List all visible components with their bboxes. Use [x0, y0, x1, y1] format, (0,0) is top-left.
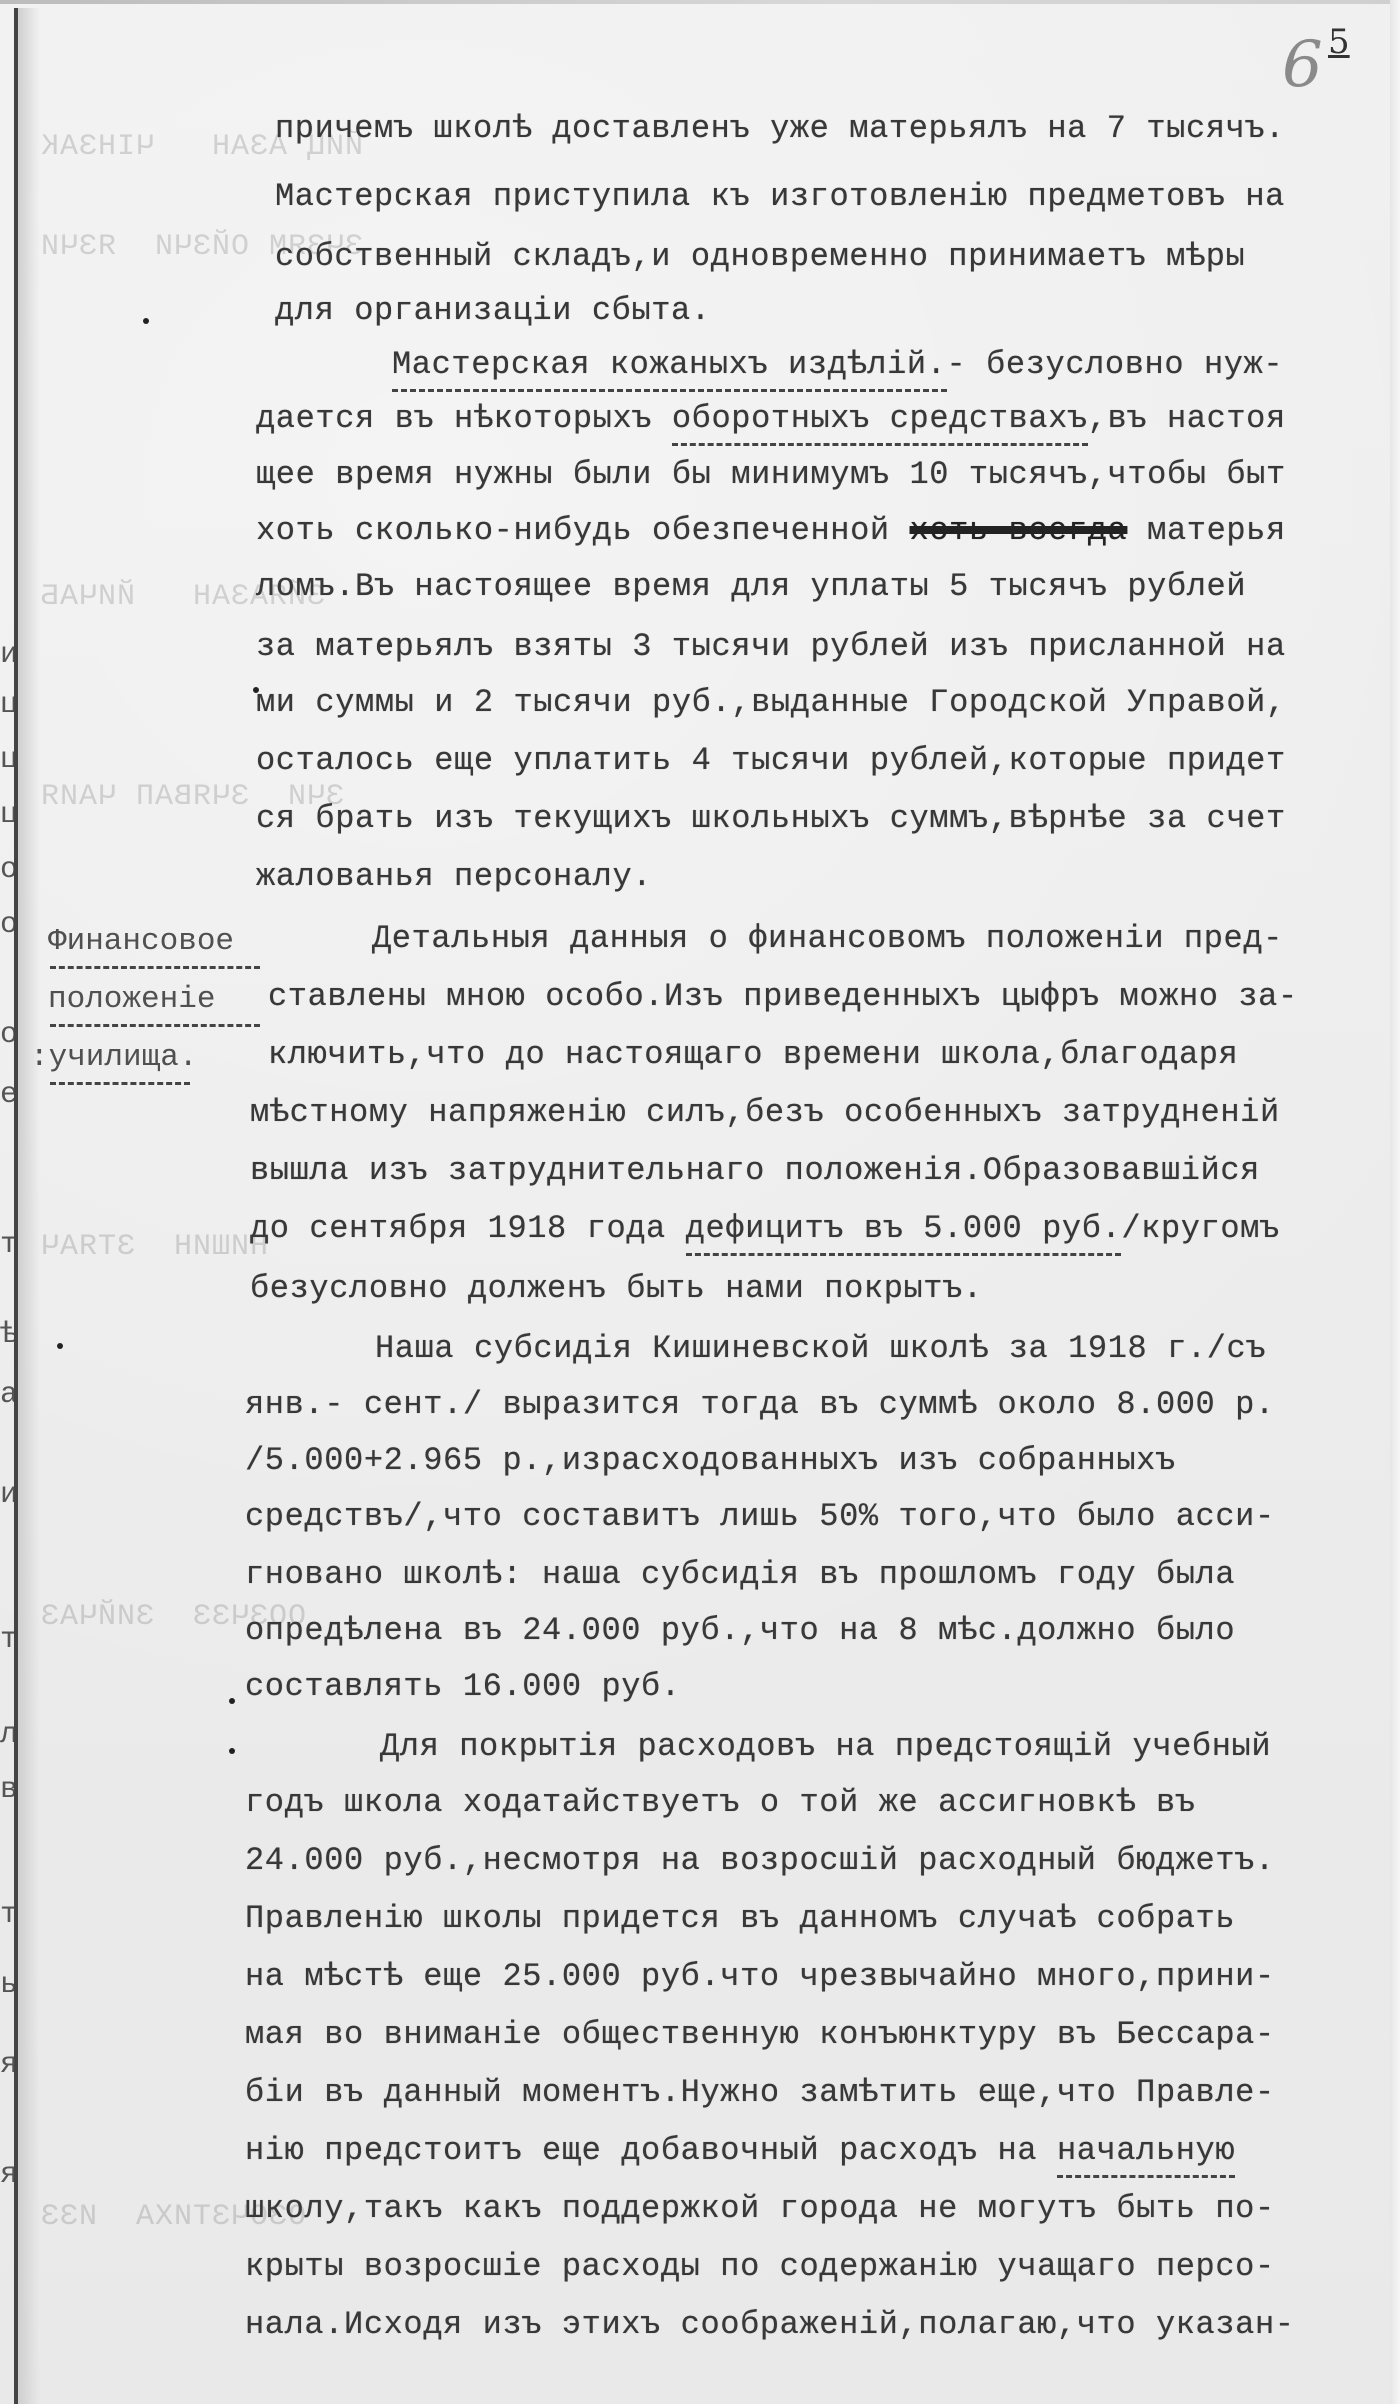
- text-line: опредѣлена въ 24.000 руб.,что на 8 мѣс.д…: [245, 1612, 1235, 1649]
- text-line: ключить,что до настоящаго времени школа,…: [268, 1036, 1238, 1073]
- text-line: собственный складъ,и одновременно приним…: [275, 238, 1245, 275]
- text-line: безусловно долженъ быть нами покрытъ.: [250, 1270, 983, 1307]
- gutter-fragment: о: [0, 910, 14, 940]
- gutter-fragment: т: [0, 1230, 14, 1260]
- text-line: средствъ/,что составитъ лишь 50% того,чт…: [245, 1498, 1275, 1535]
- text-line: ми суммы и 2 тысячи руб.,выданные Городс…: [256, 684, 1286, 721]
- gutter-fragment: я: [0, 2050, 14, 2080]
- underlined-phrase: дефицитъ въ 5.000 руб.: [686, 1210, 1122, 1256]
- underlined-phrase: начальную: [1057, 2132, 1235, 2178]
- gutter-fragment: я: [0, 2160, 14, 2190]
- page-right-edge: [1390, 0, 1400, 2404]
- text-line: до сентября 1918 года дефицитъ въ 5.000 …: [250, 1210, 1280, 1247]
- gutter-fragment: ц: [0, 690, 14, 720]
- scanned-page: и ц ц ц о о о е т ѣ а и т л в т ь я я ЙИ…: [0, 0, 1400, 2404]
- text-line: Мастерская кожаныхъ издѣлій.- безусловно…: [392, 346, 1283, 383]
- margin-note-line-2: положеніе: [48, 982, 215, 1017]
- margin-dot: [229, 1748, 235, 1754]
- text-line: причемъ школѣ доставленъ уже матерьялъ н…: [275, 110, 1285, 147]
- page-top-edge: [0, 0, 1400, 4]
- margin-note-underline: [50, 1024, 260, 1027]
- text-line: на мѣстѣ еще 25.000 руб.что чрезвычайно …: [245, 1958, 1275, 1995]
- underlined-phrase: оборотныхъ средствахъ: [672, 400, 1088, 446]
- underlined-heading: Мастерская кожаныхъ издѣлій.: [392, 346, 947, 392]
- gutter-fragment: в: [0, 1775, 14, 1805]
- text-line: нію предстоитъ еще добавочный расходъ на…: [245, 2132, 1235, 2169]
- page-number-suffix: 5: [1328, 22, 1350, 62]
- text-line: жалованья персоналу.: [256, 858, 652, 895]
- text-line: для организаціи сбыта.: [275, 292, 711, 329]
- text-line: ломъ.Въ настоящее время для уплаты 5 тыс…: [256, 568, 1246, 605]
- gutter-fragment: л: [0, 1720, 14, 1750]
- text-line: нала.Исходя изъ этихъ соображеній,полага…: [245, 2306, 1295, 2343]
- text-line: гновано школѣ: наша субсидія въ прошломъ…: [245, 1556, 1235, 1593]
- struck-out-text: хоть всегда: [910, 512, 1128, 549]
- text-line: ся брать изъ текущихъ школьныхъ суммъ,вѣ…: [256, 800, 1286, 837]
- gutter-fragment: о: [0, 855, 14, 885]
- gutter-fragment: о: [0, 1020, 14, 1050]
- text-line: Для покрытія расходовъ на предстоящій уч…: [380, 1728, 1271, 1765]
- text-line: составлять 16.000 руб.: [245, 1668, 681, 1705]
- text-line: за матерьялъ взяты 3 тысячи рублей изъ п…: [256, 628, 1286, 665]
- text-line: дается въ нѣкоторыхъ оборотныхъ средства…: [256, 400, 1286, 437]
- margin-dot: [57, 1343, 63, 1349]
- text-line: годъ школа ходатайствуетъ о той же ассиг…: [245, 1784, 1196, 1821]
- text-line: мая во вниманіе общественную конъюнктуру…: [245, 2016, 1275, 2053]
- text-line: біи въ данный моментъ.Нужно замѣтить еще…: [245, 2074, 1275, 2111]
- margin-note-line-1: Финансовое: [48, 924, 234, 959]
- gutter-fragment: ь: [0, 1970, 14, 2000]
- text-line: школу,такъ какъ поддержкой города не мог…: [245, 2190, 1275, 2227]
- gutter-fragment: е: [0, 1080, 14, 1110]
- page-number: 6: [1282, 28, 1323, 102]
- gutter-fragment: т: [0, 1625, 14, 1655]
- text-line: 24.000 руб.,несмотря на возросшій расход…: [245, 1842, 1275, 1879]
- text-line: мѣстному напряженію силъ,безъ особенныхъ…: [250, 1094, 1280, 1131]
- text-line: /5.000+2.965 р.,израсходованныхъ изъ соб…: [245, 1442, 1176, 1479]
- text-line: ставлены мною особо.Изъ приведенныхъ цыф…: [268, 978, 1298, 1015]
- gutter-fragment: и: [0, 1480, 14, 1510]
- margin-note-underline: [50, 966, 260, 969]
- text-line: вышла изъ затруднительнаго положенія.Обр…: [250, 1152, 1260, 1189]
- margin-note-line-3: :училища.: [30, 1040, 197, 1075]
- text-line: крыты возросшіе расходы по содержанію уч…: [245, 2248, 1275, 2285]
- gutter-fragment: а: [0, 1380, 14, 1410]
- text-line: Мастерская приступила къ изготовленію пр…: [275, 178, 1285, 215]
- margin-dot: [229, 1698, 235, 1704]
- binding-shadow: [18, 8, 40, 2404]
- text-line: Наша субсидія Кишиневской школѣ за 1918 …: [375, 1330, 1266, 1367]
- gutter-fragment: ц: [0, 745, 14, 775]
- text-line: янв.- сент./ выразится тогда въ суммѣ ок…: [245, 1386, 1275, 1423]
- gutter-fragment: ѣ: [0, 1320, 14, 1350]
- gutter-fragment: ц: [0, 800, 14, 830]
- margin-dot: [143, 318, 149, 324]
- gutter-fragment: и: [0, 640, 14, 670]
- margin-note-underline: [50, 1082, 190, 1085]
- text-line: Правленію школы придется въ данномъ случ…: [245, 1900, 1235, 1937]
- gutter-fragment: т: [0, 1900, 14, 1930]
- text-line: осталось еще уплатить 4 тысячи рублей,ко…: [256, 742, 1286, 779]
- text-line: щее время нужны были бы минимумъ 10 тыся…: [256, 456, 1286, 493]
- text-line: Детальныя данныя о финансовомъ положеніи…: [372, 920, 1283, 957]
- text-line: хоть сколько-нибудь обезпеченной хоть вс…: [256, 512, 1286, 549]
